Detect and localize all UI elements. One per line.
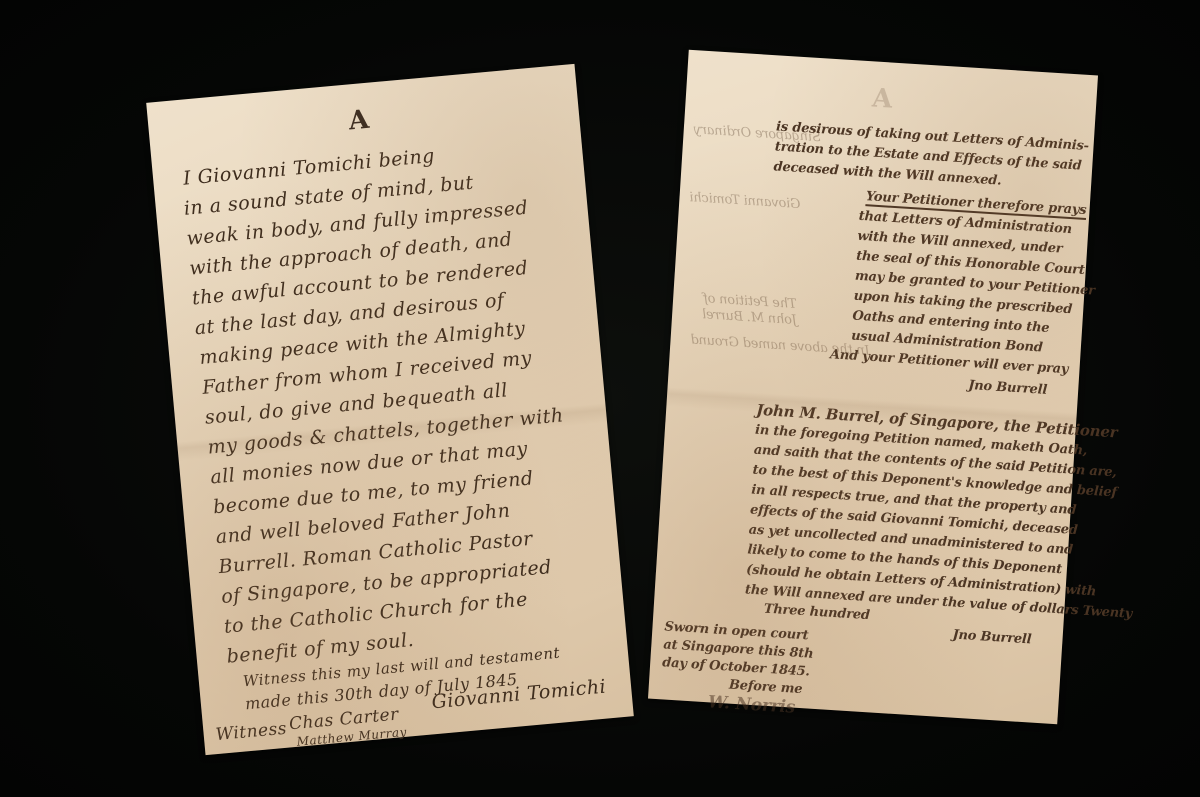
will-text: I Giovanni Tomichi being in a sound stat… [146, 64, 574, 103]
right-manuscript-petition: A Singapore Ordinary Giovanni Tomichi Th… [648, 50, 1098, 724]
petition-text: Singapore Ordinary Giovanni Tomichi The … [689, 50, 1098, 76]
affidavit-line: Three hundred [763, 602, 870, 624]
official-signature: W. Norris [707, 692, 795, 717]
letter-a-mark: A [871, 83, 893, 114]
left-manuscript-will: A I Giovanni Tomichi being in a sound st… [146, 64, 634, 755]
letter-a-mark: A [347, 105, 370, 137]
bleed-through-text: Giovanni Tomichi [689, 190, 801, 212]
witness-label: Witness [215, 719, 288, 745]
deponent-signature: Jno Burrell [952, 628, 1032, 648]
bleed-through-text: In the above named Ground [690, 332, 870, 358]
petitioner-signature: Jno Burrell [968, 378, 1048, 398]
